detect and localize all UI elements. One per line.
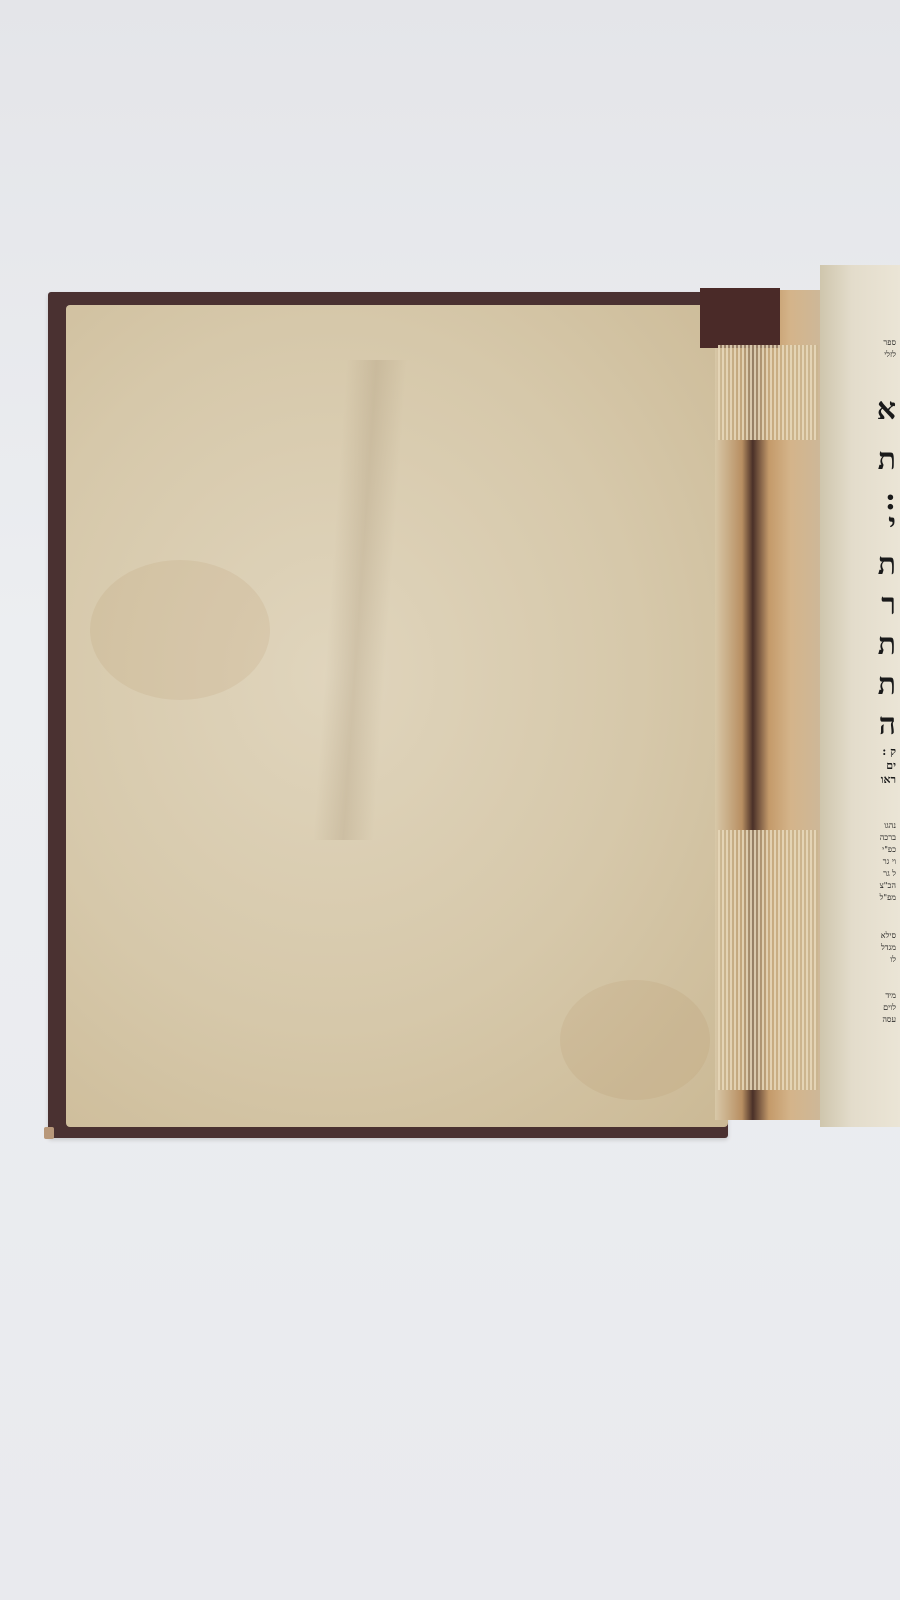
water-stain xyxy=(90,560,270,700)
middle-line: ק : xyxy=(882,745,896,758)
middle-line: ראו xyxy=(881,773,896,786)
title-letter: י xyxy=(888,510,896,540)
body-line: מיד xyxy=(885,990,896,1002)
body-line: הכ"צ xyxy=(880,880,896,892)
body-line: ל גר xyxy=(883,868,896,880)
body-line: סילא xyxy=(881,930,896,942)
body-line: עסה xyxy=(882,1014,896,1026)
header-line: ספר xyxy=(883,337,896,349)
header-line: לזלי xyxy=(884,349,896,361)
title-letter: ר xyxy=(881,590,896,620)
middle-line: ים xyxy=(886,759,896,772)
binding-mesh-bottom xyxy=(718,830,818,1090)
cover-fragment xyxy=(44,1127,54,1139)
body-line: ברכה xyxy=(880,832,896,844)
body-line: מגדל xyxy=(881,942,896,954)
title-letter: ה xyxy=(879,710,896,740)
title-letter: ת xyxy=(878,630,896,660)
water-stain xyxy=(560,980,710,1100)
spine-cloth-top xyxy=(700,288,780,348)
title-letter: א xyxy=(877,395,896,425)
title-letter: ת xyxy=(878,670,896,700)
body-line: לוים xyxy=(883,1002,896,1014)
title-page-edge: ספר לזלי א ת : י ת ר ת ת ה ק : ים ראו נה… xyxy=(820,265,900,1127)
binding-mesh-top xyxy=(718,345,818,440)
title-letter: ת xyxy=(878,550,896,580)
body-line: כפ"י xyxy=(882,844,896,856)
title-letter: ת xyxy=(878,445,896,475)
body-line: מפ"ל xyxy=(880,892,896,904)
body-line: נהגו xyxy=(884,820,896,832)
body-line: לו xyxy=(890,954,896,966)
body-line: וי גר xyxy=(883,856,896,868)
